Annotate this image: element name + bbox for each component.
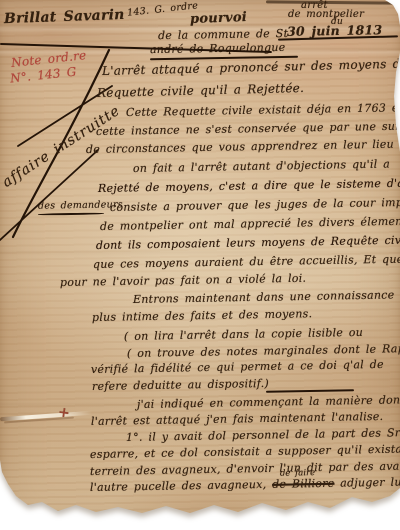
manuscript-line: l'arrêt est attaqué j'en fais maintenant…: [91, 410, 384, 428]
manuscript-page: Brillat Savarin 143. G. ordre pourvoi ar…: [0, 0, 400, 530]
manuscript-line: Cette Requette civile existait déja en 1…: [126, 101, 400, 119]
manuscript-line: que ces moyens auraient du être accueill…: [93, 253, 400, 271]
manuscript-line-with-correction: l'autre pucelle des avagneux, de Billior…: [90, 475, 400, 494]
manuscript-line: j'ai indiqué en commençant la manière do…: [137, 393, 400, 411]
manuscript-line: de circonstances que vous apprendrez en …: [86, 137, 400, 156]
manuscript-line: ( on trouve des notes marginales dont le…: [127, 342, 400, 360]
correction-post-text: adjuger lui par: [334, 475, 400, 490]
pourvoi-label: pourvoi: [190, 10, 247, 27]
manuscript-line: esparre, et ce dol consistait a supposer…: [90, 442, 400, 461]
manuscript-line: dont ils composaient leurs moyens de Req…: [96, 233, 400, 252]
manuscript-line: de montpelier ont mal apprecié les diver…: [100, 215, 400, 233]
manuscript-line: pour ne l'avoir pas fait on a violé la l…: [60, 272, 306, 289]
manuscript-line: refere deduitte au dispositif.): [92, 377, 269, 393]
manuscript-line: 1°. il y avait dol personnel de la part …: [126, 425, 400, 444]
manuscript-line: Entrons maintenant dans une connaissance: [133, 288, 395, 306]
manuscript-line: on fait a l'arrêt autant d'objections qu…: [133, 158, 390, 175]
struck-out-text: de Billiorede faire: [272, 477, 335, 491]
manuscript-line: L'arrêt attaqué a prononcé sur des moyen…: [102, 56, 400, 78]
manuscript-line: cette instance ne s'est conservée que pa…: [96, 120, 400, 138]
commune-line-1: de la commune de St: [158, 27, 288, 42]
manuscript-line: ( on lira l'arrêt dans la copie lisible …: [124, 326, 363, 343]
arret-place: de montpelier: [288, 9, 364, 20]
red-plus-mark: +: [57, 404, 71, 422]
margin-note-underline: [38, 212, 104, 215]
correction-pre-text: l'autre pucelle des avagneux,: [90, 478, 272, 494]
author-signature: Brillat Savarin: [4, 7, 125, 27]
page-top-edge-shadow: [266, 0, 394, 4]
manuscript-line: Rejetté de moyens, c'est a dire que le s…: [98, 176, 400, 195]
manuscript-line: terrein des avagneux, d'envoir l'un dit …: [90, 459, 400, 478]
paragraph-end-dash: [266, 389, 354, 393]
dossier-number: 143. G. ordre: [127, 0, 199, 18]
manuscript-line: Requette civile qu'il a Rejettée.: [97, 81, 304, 100]
manuscript-line: vérifié la fidélité ce qui permet a ce d…: [91, 358, 384, 376]
manuscript-line: consiste a prouver que les juges de la c…: [110, 195, 400, 214]
interlinear-insertion: de faire: [280, 468, 315, 479]
aged-paper-sheet: Brillat Savarin 143. G. ordre pourvoi ar…: [0, 0, 400, 530]
manuscript-line: plus intime des faits et des moyens.: [92, 307, 312, 324]
